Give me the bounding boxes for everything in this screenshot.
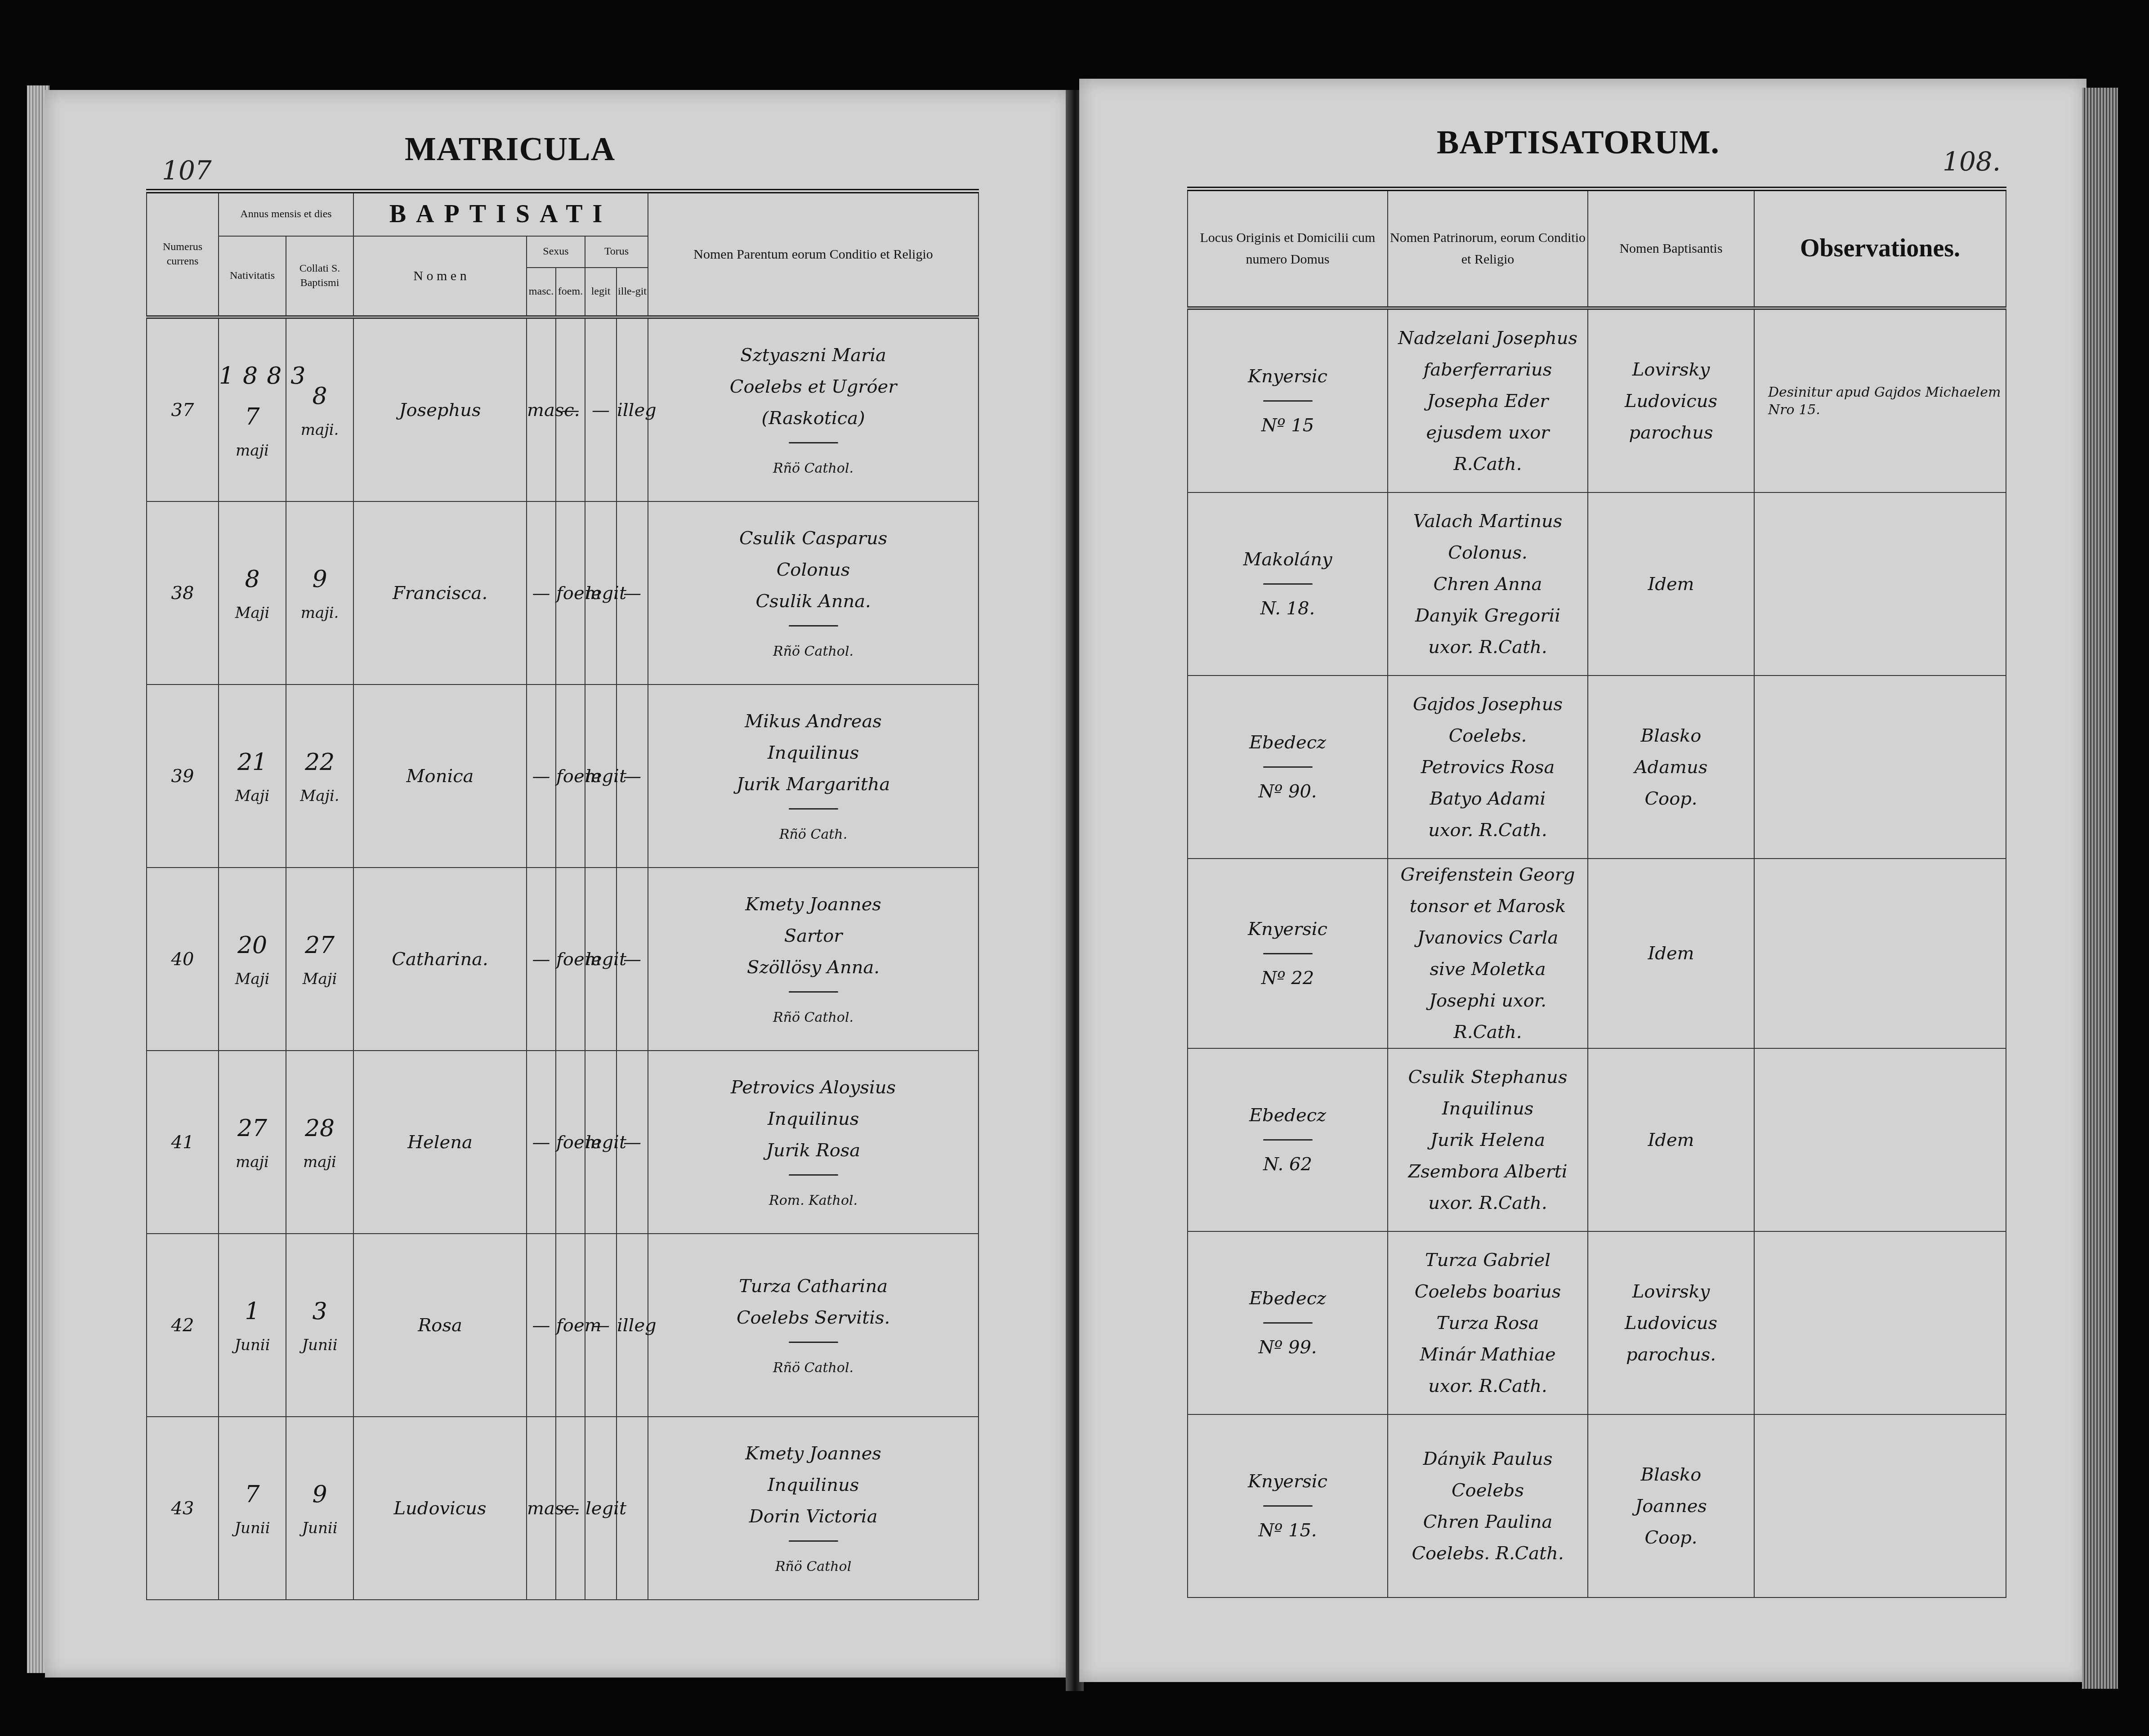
left-register-table: Numerus currens Annus mensis et dies BAP…	[146, 189, 979, 1600]
child-name: Ludovicus	[353, 1417, 527, 1600]
locus-cell: MakolányN. 18.	[1188, 492, 1388, 676]
godparent-line: Turza Gabriel	[1388, 1244, 1587, 1276]
birth-date: 7Junii	[219, 1417, 286, 1600]
birth-date: 8Maji	[219, 501, 286, 685]
baptisant-line: Idem	[1588, 1124, 1754, 1156]
baptism-date: 28maji	[286, 1051, 353, 1234]
godparent-line: Josepha Eder	[1388, 385, 1587, 417]
godparent-line: Dányik Paulus	[1388, 1443, 1587, 1475]
header-locus: Locus Originis et Domicilii cum numero D…	[1188, 189, 1388, 308]
baptism-day: 28	[286, 1108, 353, 1149]
header-numerus-currens: Numerus currens	[147, 191, 219, 317]
birth-date: 21Maji	[219, 685, 286, 868]
parents-cell: Kmety JoannesInquilinusDorin VictoriaRñö…	[648, 1417, 978, 1600]
child-name: Josephus	[353, 317, 527, 501]
torus-illegit: illeg	[617, 1234, 648, 1417]
header-parentum: Nomen Parentum eorum Conditio et Religio	[648, 191, 978, 317]
birth-month: maji	[219, 1149, 286, 1176]
godparent-line: Chren Paulina	[1388, 1506, 1587, 1538]
parent-line: Jurik Margaritha	[648, 769, 978, 800]
locus: Ebedecz	[1188, 1283, 1387, 1314]
godparent-line: sive Moletka	[1388, 953, 1587, 985]
parents-cell: Kmety JoannesSartorSzöllösy Anna.Rñö Cat…	[648, 868, 978, 1051]
parent-line: Dorin Victoria	[648, 1501, 978, 1532]
entry-row-left: 38 8Maji 9maji. Francisca. — foem legit …	[147, 501, 978, 685]
baptisant-cell: BlaskoJoannesCoop.	[1588, 1414, 1754, 1597]
locus: Makolány	[1188, 544, 1387, 575]
parents-cell: Mikus AndreasInquilinusJurik MargarithaR…	[648, 685, 978, 868]
domus-number: N. 18.	[1188, 593, 1387, 624]
sex-masc: —	[527, 868, 556, 1051]
parents-religion: Rom. Kathol.	[648, 1189, 978, 1213]
sex-masc: masc.	[527, 1417, 556, 1600]
torus-legit: legit	[585, 685, 617, 868]
baptism-date: 27Maji	[286, 868, 353, 1051]
separator-dash	[789, 442, 838, 443]
locus-cell: KnyersicNº 15.	[1188, 1414, 1388, 1597]
birth-month: Maji	[219, 783, 286, 810]
baptism-month: maji.	[286, 417, 353, 444]
sex-masc: masc.	[527, 317, 556, 501]
header-torus: Torus	[585, 236, 648, 268]
entry-row-right: EbedeczNº 90. Gajdos JosephusCoelebs.Pet…	[1188, 676, 2006, 859]
baptism-month: maji	[286, 1149, 353, 1176]
birth-date: 27maji	[219, 1051, 286, 1234]
baptisant-line: Idem	[1588, 938, 1754, 969]
header-nomen: N o m e n	[353, 236, 527, 317]
separator-dash	[789, 625, 838, 626]
header-masc: masc.	[527, 268, 556, 317]
godparent-line: Coelebs boarius	[1388, 1276, 1587, 1307]
entry-row-right: EbedeczNº 99. Turza GabrielCoelebs boari…	[1188, 1231, 2006, 1414]
baptisant-cell: BlaskoAdamusCoop.	[1588, 676, 1754, 859]
birth-day: 1	[219, 1291, 286, 1332]
godparent-line: R.Cath.	[1388, 448, 1587, 480]
sex-foem: foem	[556, 1234, 585, 1417]
parent-line: Csulik Casparus	[648, 523, 978, 554]
birth-day: 8	[219, 559, 286, 600]
separator-dash	[1263, 400, 1313, 402]
observation-cell	[1754, 1414, 2006, 1597]
parent-line: Colonus	[648, 554, 978, 586]
sex-masc: —	[527, 685, 556, 868]
godparent-line: Coelebs. R.Cath.	[1388, 1538, 1587, 1569]
entry-number: 42	[147, 1234, 219, 1417]
separator-dash	[789, 991, 838, 993]
baptisant-line: Ludovicus	[1588, 385, 1754, 417]
entry-row-left: 42 1Junii 3Junii Rosa — foem — illeg Tur…	[147, 1234, 978, 1417]
birth-day: 7	[219, 1474, 286, 1515]
sex-foem: foem	[556, 685, 585, 868]
child-name: Catharina.	[353, 868, 527, 1051]
sex-masc: —	[527, 1051, 556, 1234]
page-edges-right	[2082, 88, 2118, 1689]
parent-line: Kmety Joannes	[648, 889, 978, 920]
parents-religion: Rñö Cathol.	[648, 457, 978, 481]
torus-legit: legit	[585, 1051, 617, 1234]
godparent-line: tonsor et Marosk	[1388, 890, 1587, 922]
observation-cell	[1754, 859, 2006, 1048]
godparent-line: faberferrarius	[1388, 354, 1587, 385]
entry-number: 43	[147, 1417, 219, 1600]
baptisant-cell: Idem	[1588, 492, 1754, 676]
baptisant-line: Joannes	[1588, 1490, 1754, 1522]
separator-dash	[1263, 766, 1313, 768]
baptisant-line: Idem	[1588, 568, 1754, 600]
birth-date: 20Maji	[219, 868, 286, 1051]
parent-line: Sartor	[648, 920, 978, 952]
sex-foem: foem	[556, 868, 585, 1051]
locus: Knyersic	[1188, 361, 1387, 392]
godparents-cell: Greifenstein Georgtonsor et MaroskJvanov…	[1388, 859, 1588, 1048]
locus-cell: EbedeczN. 62	[1188, 1048, 1388, 1231]
parent-line: Mikus Andreas	[648, 706, 978, 737]
left-page-number: 107	[162, 155, 212, 186]
godparent-line: Jvanovics Carla	[1388, 922, 1587, 953]
baptism-date: 9Junii	[286, 1417, 353, 1600]
godparents-cell: Nadzelani JosephusfaberferrariusJosepha …	[1388, 308, 1588, 492]
entry-row-right: MakolányN. 18. Valach MartinusColonus.Ch…	[1188, 492, 2006, 676]
domus-number: Nº 15.	[1188, 1515, 1387, 1546]
parent-line: Turza Catharina	[648, 1271, 978, 1302]
header-illegit: ille-git	[617, 268, 648, 317]
torus-legit: legit	[585, 501, 617, 685]
child-name: Monica	[353, 685, 527, 868]
godparent-line: uxor. R.Cath.	[1388, 1187, 1587, 1219]
baptism-month: Junii	[286, 1515, 353, 1542]
godparent-line: Csulik Stephanus	[1388, 1061, 1587, 1093]
godparent-line: uxor. R.Cath.	[1388, 814, 1587, 846]
separator-dash	[1263, 583, 1313, 585]
parent-line: Coelebs Servitis.	[648, 1302, 978, 1333]
godparent-line: Minár Mathiae	[1388, 1339, 1587, 1370]
child-name: Francisca.	[353, 501, 527, 685]
godparent-line: Petrovics Rosa	[1388, 752, 1587, 783]
torus-illegit: illeg	[617, 317, 648, 501]
birth-date: 1Junii	[219, 1234, 286, 1417]
torus-legit: —	[585, 317, 617, 501]
right-page-title: BAPTISATORUM.	[1437, 124, 1720, 162]
domus-number: Nº 15	[1188, 410, 1387, 441]
birth-day: 20	[219, 925, 286, 966]
separator-dash	[1263, 1322, 1313, 1324]
godparent-line: Greifenstein Georg	[1388, 859, 1587, 890]
baptisant-line: Lovirsky	[1588, 1276, 1754, 1307]
entry-row-right: EbedeczN. 62 Csulik StephanusInquilinusJ…	[1188, 1048, 2006, 1231]
birth-month: maji	[219, 438, 286, 465]
godparent-line: uxor. R.Cath.	[1388, 1370, 1587, 1402]
locus: Ebedecz	[1188, 727, 1387, 758]
baptism-day: 9	[286, 559, 353, 600]
godparent-line: Colonus.	[1388, 537, 1587, 568]
header-sexus: Sexus	[527, 236, 585, 268]
parent-line: (Raskotica)	[648, 403, 978, 434]
parents-religion: Rñö Cathol	[648, 1555, 978, 1579]
locus-cell: KnyersicNº 22	[1188, 859, 1388, 1048]
separator-dash	[1263, 1505, 1313, 1507]
entry-row-left: 40 20Maji 27Maji Catharina. — foem legit…	[147, 868, 978, 1051]
baptisant-cell: LovirskyLudovicusparochus.	[1588, 1231, 1754, 1414]
baptisant-line: parochus.	[1588, 1339, 1754, 1370]
locus: Knyersic	[1188, 913, 1387, 945]
baptisant-line: parochus	[1588, 417, 1754, 448]
baptism-month: Maji	[286, 966, 353, 993]
child-name: Rosa	[353, 1234, 527, 1417]
entry-row-right: KnyersicNº 15. Dányik PaulusCoelebsChren…	[1188, 1414, 2006, 1597]
separator-dash	[789, 808, 838, 810]
parents-cell: Turza CatharinaCoelebs Servitis.Rñö Cath…	[648, 1234, 978, 1417]
separator-dash	[789, 1174, 838, 1176]
entry-number: 37	[147, 317, 219, 501]
baptism-day: 9	[286, 1474, 353, 1515]
header-collati: Collati S. Baptismi	[286, 236, 353, 317]
godparent-line: Coelebs	[1388, 1475, 1587, 1506]
observation-cell	[1754, 676, 2006, 859]
birth-day: 27	[219, 1108, 286, 1149]
parent-line: Kmety Joannes	[648, 1438, 978, 1469]
separator-dash	[1263, 953, 1313, 954]
domus-number: Nº 99.	[1188, 1332, 1387, 1363]
locus-cell: EbedeczNº 99.	[1188, 1231, 1388, 1414]
parent-line: Jurik Rosa	[648, 1135, 978, 1166]
header-observationes: Observationes.	[1754, 189, 2006, 308]
godparent-line: Gajdos Josephus	[1388, 689, 1587, 720]
godparent-line: Turza Rosa	[1388, 1307, 1587, 1339]
godparents-cell: Turza GabrielCoelebs boariusTurza RosaMi…	[1388, 1231, 1588, 1414]
header-baptisantis: Nomen Baptisantis	[1588, 189, 1754, 308]
godparent-line: R.Cath.	[1388, 1016, 1587, 1048]
baptism-day: 3	[286, 1291, 353, 1332]
locus: Knyersic	[1188, 1466, 1387, 1497]
right-register-table: Locus Originis et Domicilii cum numero D…	[1187, 187, 2006, 1598]
baptisant-line: Blasko	[1588, 1459, 1754, 1490]
baptisant-cell: Idem	[1588, 1048, 1754, 1231]
parent-line: Inquilinus	[648, 1103, 978, 1135]
baptisant-line: Adamus	[1588, 752, 1754, 783]
birth-month: Maji	[219, 966, 286, 993]
domus-number: Nº 22	[1188, 962, 1387, 994]
baptism-month: Junii	[286, 1332, 353, 1359]
entry-number: 39	[147, 685, 219, 868]
godparent-line: Valach Martinus	[1388, 506, 1587, 537]
year: 1883	[219, 356, 286, 397]
entry-row-left: 37 18837maji 8maji. Josephus masc. — — i…	[147, 317, 978, 501]
baptisant-line: Blasko	[1588, 720, 1754, 752]
baptisant-cell: Idem	[1588, 859, 1754, 1048]
baptism-day: 27	[286, 925, 353, 966]
entry-number: 41	[147, 1051, 219, 1234]
separator-dash	[789, 1540, 838, 1542]
baptisant-line: Lovirsky	[1588, 354, 1754, 385]
birth-month: Maji	[219, 600, 286, 627]
sex-masc: —	[527, 501, 556, 685]
baptisant-line: Coop.	[1588, 783, 1754, 814]
godparent-line: Coelebs.	[1388, 720, 1587, 752]
parent-line: Coelebs et Ugróer	[648, 371, 978, 403]
entry-row-left: 41 27maji 28maji Helena — foem legit — P…	[147, 1051, 978, 1234]
observation-cell	[1754, 1231, 2006, 1414]
baptisant-line: Ludovicus	[1588, 1307, 1754, 1339]
torus-legit: legit	[585, 868, 617, 1051]
observation-cell	[1754, 492, 2006, 676]
godparent-line: Chren Anna	[1388, 568, 1587, 600]
sex-foem: foem	[556, 1051, 585, 1234]
baptisant-line: Coop.	[1588, 1522, 1754, 1553]
locus-cell: KnyersicNº 15	[1188, 308, 1388, 492]
header-foem: foem.	[556, 268, 585, 317]
baptism-date: 9maji.	[286, 501, 353, 685]
parents-religion: Rñö Cath.	[648, 823, 978, 847]
parent-line: Inquilinus	[648, 1469, 978, 1501]
birth-month: Junii	[219, 1332, 286, 1359]
sex-masc: —	[527, 1234, 556, 1417]
baptism-date: 22Maji.	[286, 685, 353, 868]
right-page-number: 108.	[1943, 146, 2001, 177]
godparent-line: Zsembora Alberti	[1388, 1156, 1587, 1187]
birth-month: Junii	[219, 1515, 286, 1542]
parent-line: Inquilinus	[648, 737, 978, 769]
baptism-date: 8maji.	[286, 317, 353, 501]
entry-row-right: KnyersicNº 22 Greifenstein Georgtonsor e…	[1188, 859, 2006, 1048]
godparent-line: Danyik Gregorii	[1388, 600, 1587, 631]
parent-line: Csulik Anna.	[648, 586, 978, 617]
parents-cell: Csulik CasparusColonusCsulik Anna.Rñö Ca…	[648, 501, 978, 685]
baptism-date: 3Junii	[286, 1234, 353, 1417]
locus-cell: EbedeczNº 90.	[1188, 676, 1388, 859]
baptisant-cell: LovirskyLudovicusparochus	[1588, 308, 1754, 492]
header-baptisati: BAPTISATI	[353, 191, 648, 236]
separator-dash	[789, 1342, 838, 1343]
birth-date: 18837maji	[219, 317, 286, 501]
godparents-cell: Csulik StephanusInquilinusJurik HelenaZs…	[1388, 1048, 1588, 1231]
godparents-cell: Valach MartinusColonus.Chren AnnaDanyik …	[1388, 492, 1588, 676]
baptism-month: maji.	[286, 600, 353, 627]
sex-foem: foem	[556, 501, 585, 685]
entry-number: 40	[147, 868, 219, 1051]
parents-cell: Petrovics AloysiusInquilinusJurik RosaRo…	[648, 1051, 978, 1234]
header-patrinorum: Nomen Patrinorum, eorum Conditio et Reli…	[1388, 189, 1588, 308]
entry-row-right: KnyersicNº 15 Nadzelani Josephusfaberfer…	[1188, 308, 2006, 492]
observation-cell	[1754, 1048, 2006, 1231]
godparent-line: Batyo Adami	[1388, 783, 1587, 814]
entry-number: 38	[147, 501, 219, 685]
godparents-cell: Dányik PaulusCoelebsChren PaulinaCoelebs…	[1388, 1414, 1588, 1597]
baptism-month: Maji.	[286, 783, 353, 810]
domus-number: N. 62	[1188, 1149, 1387, 1180]
godparent-line: Inquilinus	[1388, 1093, 1587, 1124]
header-annus: Annus mensis et dies	[219, 191, 353, 236]
header-legit: legit	[585, 268, 617, 317]
header-nativitatis: Nativitatis	[219, 236, 286, 317]
birth-day: 21	[219, 742, 286, 783]
parents-religion: Rñö Cathol.	[648, 1006, 978, 1030]
birth-day: 7	[219, 397, 286, 438]
parents-religion: Rñö Cathol.	[648, 1356, 978, 1380]
godparents-cell: Gajdos JosephusCoelebs.Petrovics RosaBat…	[1388, 676, 1588, 859]
godparent-line: ejusdem uxor	[1388, 417, 1587, 448]
baptism-day: 22	[286, 742, 353, 783]
godparent-line: uxor. R.Cath.	[1388, 631, 1587, 663]
left-page-title: MATRICULA	[405, 130, 615, 169]
parent-line: Szöllösy Anna.	[648, 952, 978, 983]
locus: Ebedecz	[1188, 1100, 1387, 1131]
entry-row-left: 43 7Junii 9Junii Ludovicus masc. — legit…	[147, 1417, 978, 1600]
parents-cell: Sztyaszni MariaCoelebs et Ugróer(Raskoti…	[648, 317, 978, 501]
godparent-line: Nadzelani Josephus	[1388, 322, 1587, 354]
godparent-line: Josephi uxor.	[1388, 985, 1587, 1016]
torus-legit: legit	[585, 1417, 617, 1600]
godparent-line: Jurik Helena	[1388, 1124, 1587, 1156]
observation-cell: Desinitur apud Gajdos Michaelem Nro 15.	[1754, 308, 2006, 492]
parent-line: Sztyaszni Maria	[648, 340, 978, 371]
parent-line: Petrovics Aloysius	[648, 1072, 978, 1103]
separator-dash	[1263, 1139, 1313, 1141]
child-name: Helena	[353, 1051, 527, 1234]
entry-row-left: 39 21Maji 22Maji. Monica — foem legit — …	[147, 685, 978, 868]
parents-religion: Rñö Cathol.	[648, 640, 978, 664]
domus-number: Nº 90.	[1188, 776, 1387, 807]
